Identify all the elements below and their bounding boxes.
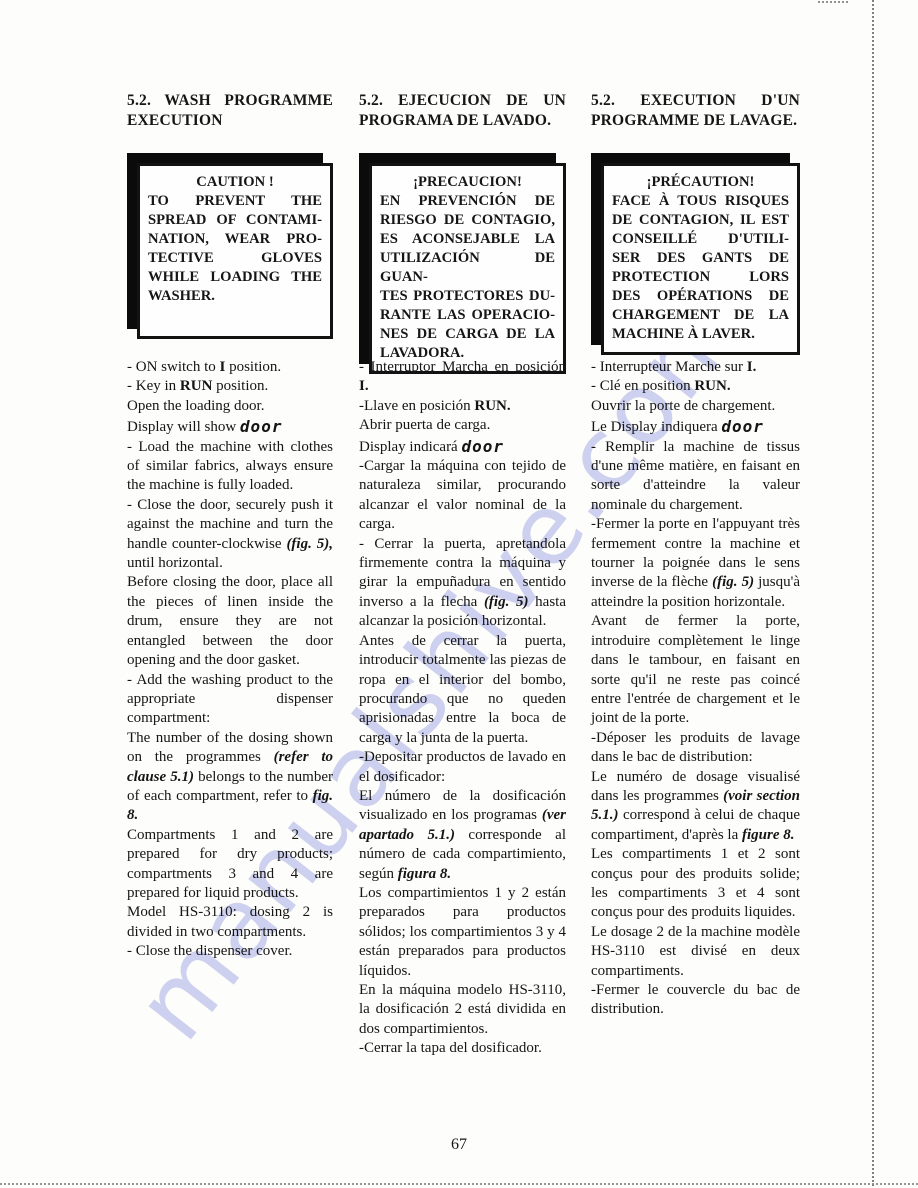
scan-edge-dotted-top-mark	[818, 1, 848, 3]
text-line: FACE À TOUS RISQUES	[612, 192, 789, 211]
column-english: 5.2. WASH PROGRAMMEEXECUTION CAUTION ! T…	[127, 78, 333, 339]
caution-title-french: ¡PRÉCAUTION!	[612, 173, 789, 192]
paragraph: - Close the dispenser cover.	[127, 942, 333, 961]
paragraph: -Cargar la máquina con tejido de natural…	[359, 457, 566, 535]
paragraph: -Cerrar la tapa del dosificador.	[359, 1039, 566, 1058]
text-line: UTILIZACIÓN DE GUAN-	[380, 249, 555, 287]
text-line: WASHER.	[148, 287, 322, 306]
text-line: TO PREVENT THE	[148, 192, 322, 211]
caution-box-english: CAUTION ! TO PREVENT THESPREAD OF CONTAM…	[137, 163, 333, 339]
manual-page: manualshive.com 5.2. WASH PROGRAMMEEXECU…	[0, 0, 918, 1188]
paragraph: -Fermer la porte en l'appuyant très ferm…	[591, 515, 800, 612]
text-line: TECTIVE GLOVES	[148, 249, 322, 268]
lcd-display-text: door	[721, 417, 764, 436]
column-french: 5.2. EXECUTION D'UNPROGRAMME DE LAVAGE. …	[591, 78, 800, 355]
text-line: RANTE LAS OPERACIO-	[380, 306, 555, 325]
text-line: DE CONTAGION, IL EST	[612, 211, 789, 230]
scan-edge-dotted-right	[872, 0, 874, 1186]
paragraph: -Fermer le couvercle du bac de distribut…	[591, 981, 800, 1020]
paragraph: Abrir puerta de carga.	[359, 416, 566, 435]
paragraph: Le dosage 2 de la machine modèle HS-3110…	[591, 923, 800, 981]
text-line: SPREAD OF CONTAMI-	[148, 211, 322, 230]
paragraph: The number of the dosing shown on the pr…	[127, 729, 333, 826]
text-line: RIESGO DE CONTAGIO,	[380, 211, 555, 230]
paragraph: Open the loading door.	[127, 397, 333, 416]
text-line: TES PROTECTORES DU-	[380, 287, 555, 306]
paragraph: - Add the washing product to the appropr…	[127, 671, 333, 729]
text-line: PROGRAMME DE LAVAGE.	[591, 111, 800, 131]
text-line: PROGRAMA DE LAVADO.	[359, 111, 566, 131]
text-line: MACHINE À LAVER.	[612, 325, 789, 344]
text-line: ES ACONSEJABLE LA	[380, 230, 555, 249]
paragraph: Model HS-3110: dosing 2 is divided in tw…	[127, 903, 333, 942]
column-spanish: 5.2. EJECUCION DE UNPROGRAMA DE LAVADO. …	[359, 78, 566, 374]
section-heading-english: 5.2. WASH PROGRAMMEEXECUTION	[127, 91, 333, 131]
text-line: 5.2. EJECUCION DE UN	[359, 91, 566, 111]
paragraph: Display indicará door	[359, 436, 566, 457]
paragraph: - ON switch to I position.	[127, 358, 333, 377]
text-line: CONSEILLÉ D'UTILI-	[612, 230, 789, 249]
text-line: EXECUTION	[127, 111, 333, 131]
paragraph: -Déposer les produits de lavage dans le …	[591, 729, 800, 768]
paragraph: - Remplir la machine de tissus d'une mêm…	[591, 438, 800, 516]
text-line: WHILE LOADING THE	[148, 268, 322, 287]
paragraph: - Key in RUN position.	[127, 377, 333, 396]
body-text-spanish: - Interruptor Marcha en posición I.-Llav…	[359, 358, 566, 1059]
paragraph: Before closing the door, place all the p…	[127, 573, 333, 670]
lcd-display-text: door	[240, 417, 283, 436]
paragraph: Compartments 1 and 2 are prepared for dr…	[127, 826, 333, 904]
caution-title-spanish: ¡PRECAUCION!	[380, 173, 555, 192]
paragraph: - Clé en position RUN.	[591, 377, 800, 396]
text-line: NES DE CARGA DE LA	[380, 325, 555, 344]
page-number: 67	[0, 1136, 918, 1154]
body-text-english: - ON switch to I position.- Key in RUN p…	[127, 358, 333, 962]
caution-body-english: TO PREVENT THESPREAD OF CONTAMI-NATION, …	[148, 192, 322, 306]
text-line: EN PREVENCIÓN DE	[380, 192, 555, 211]
paragraph: - Interrupteur Marche sur I.	[591, 358, 800, 377]
text-line: DES OPÉRATIONS DE	[612, 287, 789, 306]
paragraph: En la máquina modelo HS-3110, la dosific…	[359, 981, 566, 1039]
paragraph: Avant de fermer la porte, introduire com…	[591, 612, 800, 728]
paragraph: Display will show door	[127, 416, 333, 437]
paragraph: - Interruptor Marcha en posición I.	[359, 358, 566, 397]
scan-edge-dotted-bottom	[0, 1183, 918, 1185]
text-line: SER DES GANTS DE	[612, 249, 789, 268]
text-line: 5.2. EXECUTION D'UN	[591, 91, 800, 111]
paragraph: Le numéro de dosage visualisé dans les p…	[591, 768, 800, 846]
caution-body-french: FACE À TOUS RISQUESDE CONTAGION, IL ESTC…	[612, 192, 789, 344]
body-text-french: - Interrupteur Marche sur I.- Clé en pos…	[591, 358, 800, 1020]
paragraph: El número de la dosificación visualizado…	[359, 787, 566, 884]
text-line: CHARGEMENT DE LA	[612, 306, 789, 325]
paragraph: Los compartimientos 1 y 2 están preparad…	[359, 884, 566, 981]
section-heading-french: 5.2. EXECUTION D'UNPROGRAMME DE LAVAGE.	[591, 91, 800, 131]
paragraph: Le Display indiquera door	[591, 416, 800, 437]
text-line: NATION, WEAR PRO-	[148, 230, 322, 249]
paragraph: Ouvrir la porte de chargement.	[591, 397, 800, 416]
paragraph: - Load the machine with clothes of simil…	[127, 438, 333, 496]
paragraph: Les compartiments 1 et 2 sont conçus pou…	[591, 845, 800, 923]
lcd-display-text: door	[461, 437, 504, 456]
paragraph: -Llave en posición RUN.	[359, 397, 566, 416]
caution-box-spanish: ¡PRECAUCION! EN PREVENCIÓN DERIESGO DE C…	[369, 163, 566, 374]
paragraph: - Close the door, securely push it again…	[127, 496, 333, 574]
text-line: PROTECTION LORS	[612, 268, 789, 287]
text-line: 5.2. WASH PROGRAMME	[127, 91, 333, 111]
caution-body-spanish: EN PREVENCIÓN DERIESGO DE CONTAGIO,ES AC…	[380, 192, 555, 363]
section-heading-spanish: 5.2. EJECUCION DE UNPROGRAMA DE LAVADO.	[359, 91, 566, 131]
paragraph: - Cerrar la puerta, apretandola firmemen…	[359, 535, 566, 632]
caution-title-english: CAUTION !	[148, 173, 322, 192]
paragraph: -Depositar productos de lavado en el dos…	[359, 748, 566, 787]
caution-box-french: ¡PRÉCAUTION! FACE À TOUS RISQUESDE CONTA…	[601, 163, 800, 355]
paragraph: Antes de cerrar la puerta, introducir to…	[359, 632, 566, 748]
